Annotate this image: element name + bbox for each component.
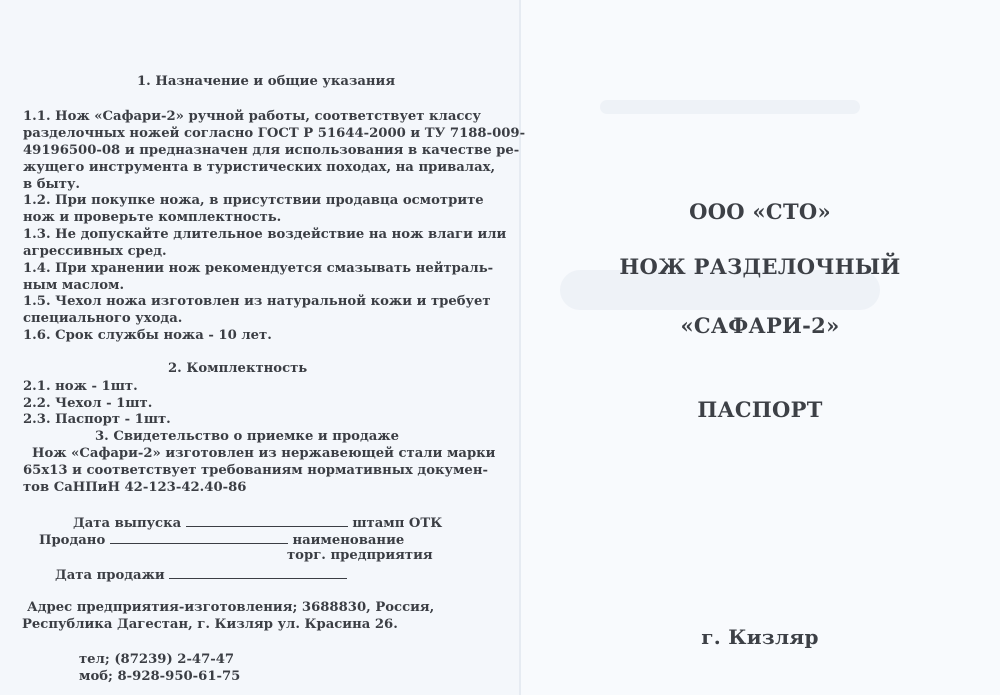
section1-line: 1.6. Срок службы ножа - 10 лет. [23,327,272,344]
section1-line: 1.1. Нож «Сафари-2» ручной работы, соотв… [23,108,481,125]
document-type: ПАСПОРТ [520,397,1000,422]
release-date-field[interactable] [186,513,348,527]
address-line: Республика Дагестан, г. Кизляр ул. Краси… [22,616,398,633]
phone: тел; (87239) 2-47-47 [79,651,234,668]
section1-heading: 1. Назначение и общие указания [137,73,395,90]
section1-line: разделочных ножей согласно ГОСТ Р 51644-… [23,125,525,142]
release-date-label: Дата выпуска [73,516,181,531]
section1-line: 49196500-08 и предназначен для использов… [23,142,519,159]
sale-date-field[interactable] [169,565,347,579]
section1-line: нож и проверьте комплектность. [23,209,281,226]
section1-line: в быту. [23,176,80,193]
section2-heading: 2. Комплектность [168,360,307,377]
section3-line: 65х13 и соответствует требованиям нормат… [23,462,488,479]
section1-line: агрессивных сред. [23,243,167,260]
section1-line: 1.2. При покупке ножа, в присутствии про… [23,192,484,209]
address-line: Адрес предприятия-изготовления; 3688830,… [27,599,434,616]
section2-line: 2.3. Паспорт - 1шт. [23,411,171,428]
left-page [0,0,520,695]
section1-line: специального ухода. [23,310,182,327]
show-through-shape [600,100,860,114]
sold-field[interactable] [110,530,288,544]
mobile: моб; 8-928-950-61-75 [79,668,240,685]
page-fold [519,0,521,695]
sale-date-row: Дата продажи [55,565,347,584]
section1-line: 1.4. При хранении нож рекомендуется смаз… [23,260,493,277]
section1-line: 1.5. Чехол ножа изготовлен из натурально… [23,293,491,310]
section2-line: 2.2. Чехол - 1шт. [23,395,152,412]
city: г. Кизляр [520,625,1000,649]
product-type: НОЖ РАЗДЕЛОЧНЫЙ [520,254,1000,279]
section3-line: Нож «Сафари-2» изготовлен из нержавеющей… [32,445,495,462]
name-label: наименование [292,533,404,548]
section3-heading: 3. Свидетельство о приемке и продаже [95,428,399,445]
otk-stamp-label: штамп ОТК [352,516,442,531]
sold-label: Продано [39,533,105,548]
sale-date-label: Дата продажи [55,568,165,583]
company-name: ООО «СТО» [520,199,1000,224]
section2-line: 2.1. нож - 1шт. [23,378,138,395]
section3-line: тов СаНПиН 42-123-42.40-86 [23,479,246,496]
section1-line: 1.3. Не допускайте длительное воздействи… [23,226,506,243]
trade-enterprise-label: торг. предприятия [287,547,433,564]
product-name: «САФАРИ-2» [520,313,1000,338]
section1-line: ным маслом. [23,277,124,294]
section1-line: жущего инструмента в туристических поход… [23,159,495,176]
